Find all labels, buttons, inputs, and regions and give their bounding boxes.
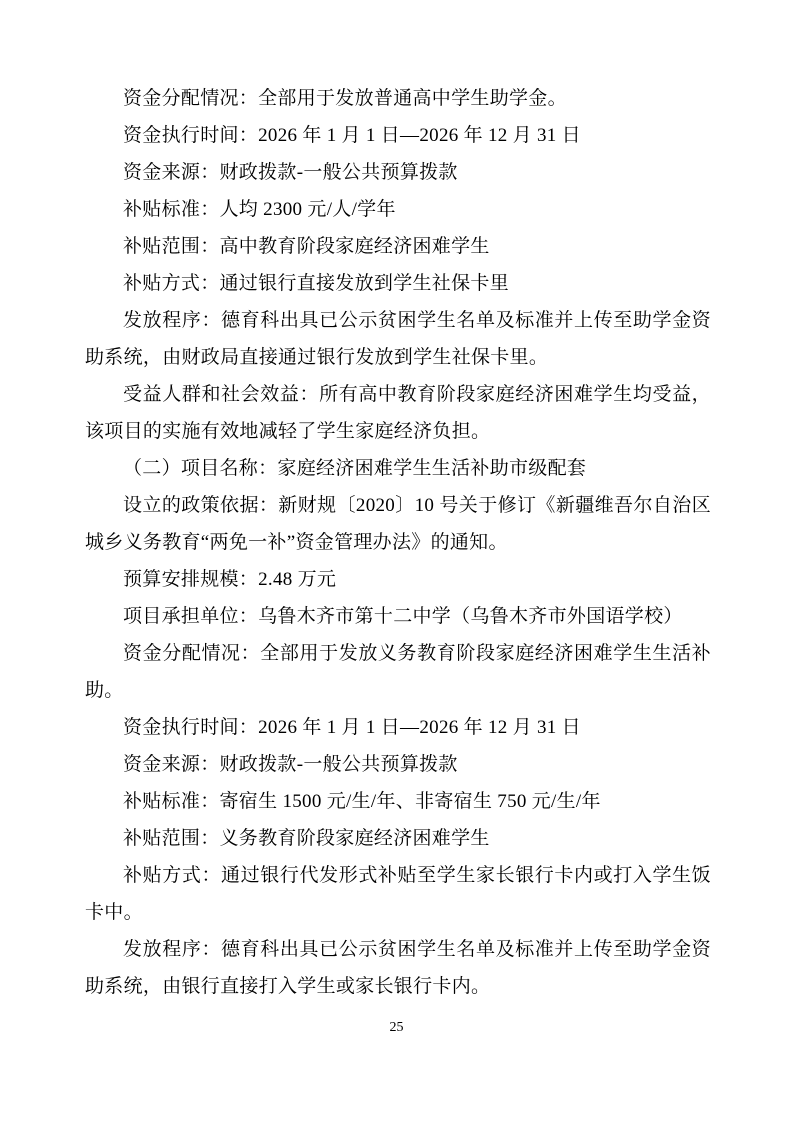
para-fund-allocation-comp: 资金分配情况：全部用于发放义务教育阶段家庭经济困难学生生活补助。 bbox=[85, 635, 711, 709]
para-subsidy-standard-hs: 补贴标准：人均 2300 元/人/学年 bbox=[85, 191, 711, 228]
para-fund-allocation-hs: 资金分配情况：全部用于发放普通高中学生助学金。 bbox=[85, 80, 711, 117]
page-footer: 25 bbox=[0, 1018, 793, 1036]
para-fund-period-hs: 资金执行时间：2026 年 1 月 1 日—2026 年 12 月 31 日 bbox=[85, 117, 711, 154]
para-project-two-title: （二）项目名称：家庭经济困难学生生活补助市级配套 bbox=[85, 450, 711, 487]
para-subsidy-standard-comp: 补贴标准：寄宿生 1500 元/生/年、非寄宿生 750 元/生/年 bbox=[85, 783, 711, 820]
para-subsidy-method-hs: 补贴方式：通过银行直接发放到学生社保卡里 bbox=[85, 265, 711, 302]
para-fund-source-comp: 资金来源：财政拨款-一般公共预算拨款 bbox=[85, 746, 711, 783]
para-subsidy-method-comp: 补贴方式：通过银行代发形式补贴至学生家长银行卡内或打入学生饭卡中。 bbox=[85, 857, 711, 931]
para-distribution-procedure-comp: 发放程序：德育科出具已公示贫困学生名单及标准并上传至助学金资助系统，由银行直接打… bbox=[85, 931, 711, 1005]
para-fund-source-hs: 资金来源：财政拨款-一般公共预算拨款 bbox=[85, 154, 711, 191]
para-policy-basis: 设立的政策依据：新财规〔2020〕10 号关于修订《新疆维吾尔自治区城乡义务教育… bbox=[85, 487, 711, 561]
para-subsidy-scope-comp: 补贴范围：义务教育阶段家庭经济困难学生 bbox=[85, 820, 711, 857]
para-distribution-procedure-hs: 发放程序：德育科出具已公示贫困学生名单及标准并上传至助学金资助系统，由财政局直接… bbox=[85, 302, 711, 376]
document-page: 资金分配情况：全部用于发放普通高中学生助学金。 资金执行时间：2026 年 1 … bbox=[0, 0, 793, 1122]
para-beneficiaries-hs: 受益人群和社会效益：所有高中教育阶段家庭经济困难学生均受益，该项目的实施有效地减… bbox=[85, 376, 711, 450]
para-budget-scale: 预算安排规模：2.48 万元 bbox=[85, 561, 711, 598]
page-number: 25 bbox=[390, 1020, 404, 1035]
para-undertaking-unit: 项目承担单位：乌鲁木齐市第十二中学（乌鲁木齐市外国语学校） bbox=[85, 598, 711, 635]
para-fund-period-comp: 资金执行时间：2026 年 1 月 1 日—2026 年 12 月 31 日 bbox=[85, 709, 711, 746]
document-body: 资金分配情况：全部用于发放普通高中学生助学金。 资金执行时间：2026 年 1 … bbox=[85, 80, 711, 1005]
para-subsidy-scope-hs: 补贴范围：高中教育阶段家庭经济困难学生 bbox=[85, 228, 711, 265]
